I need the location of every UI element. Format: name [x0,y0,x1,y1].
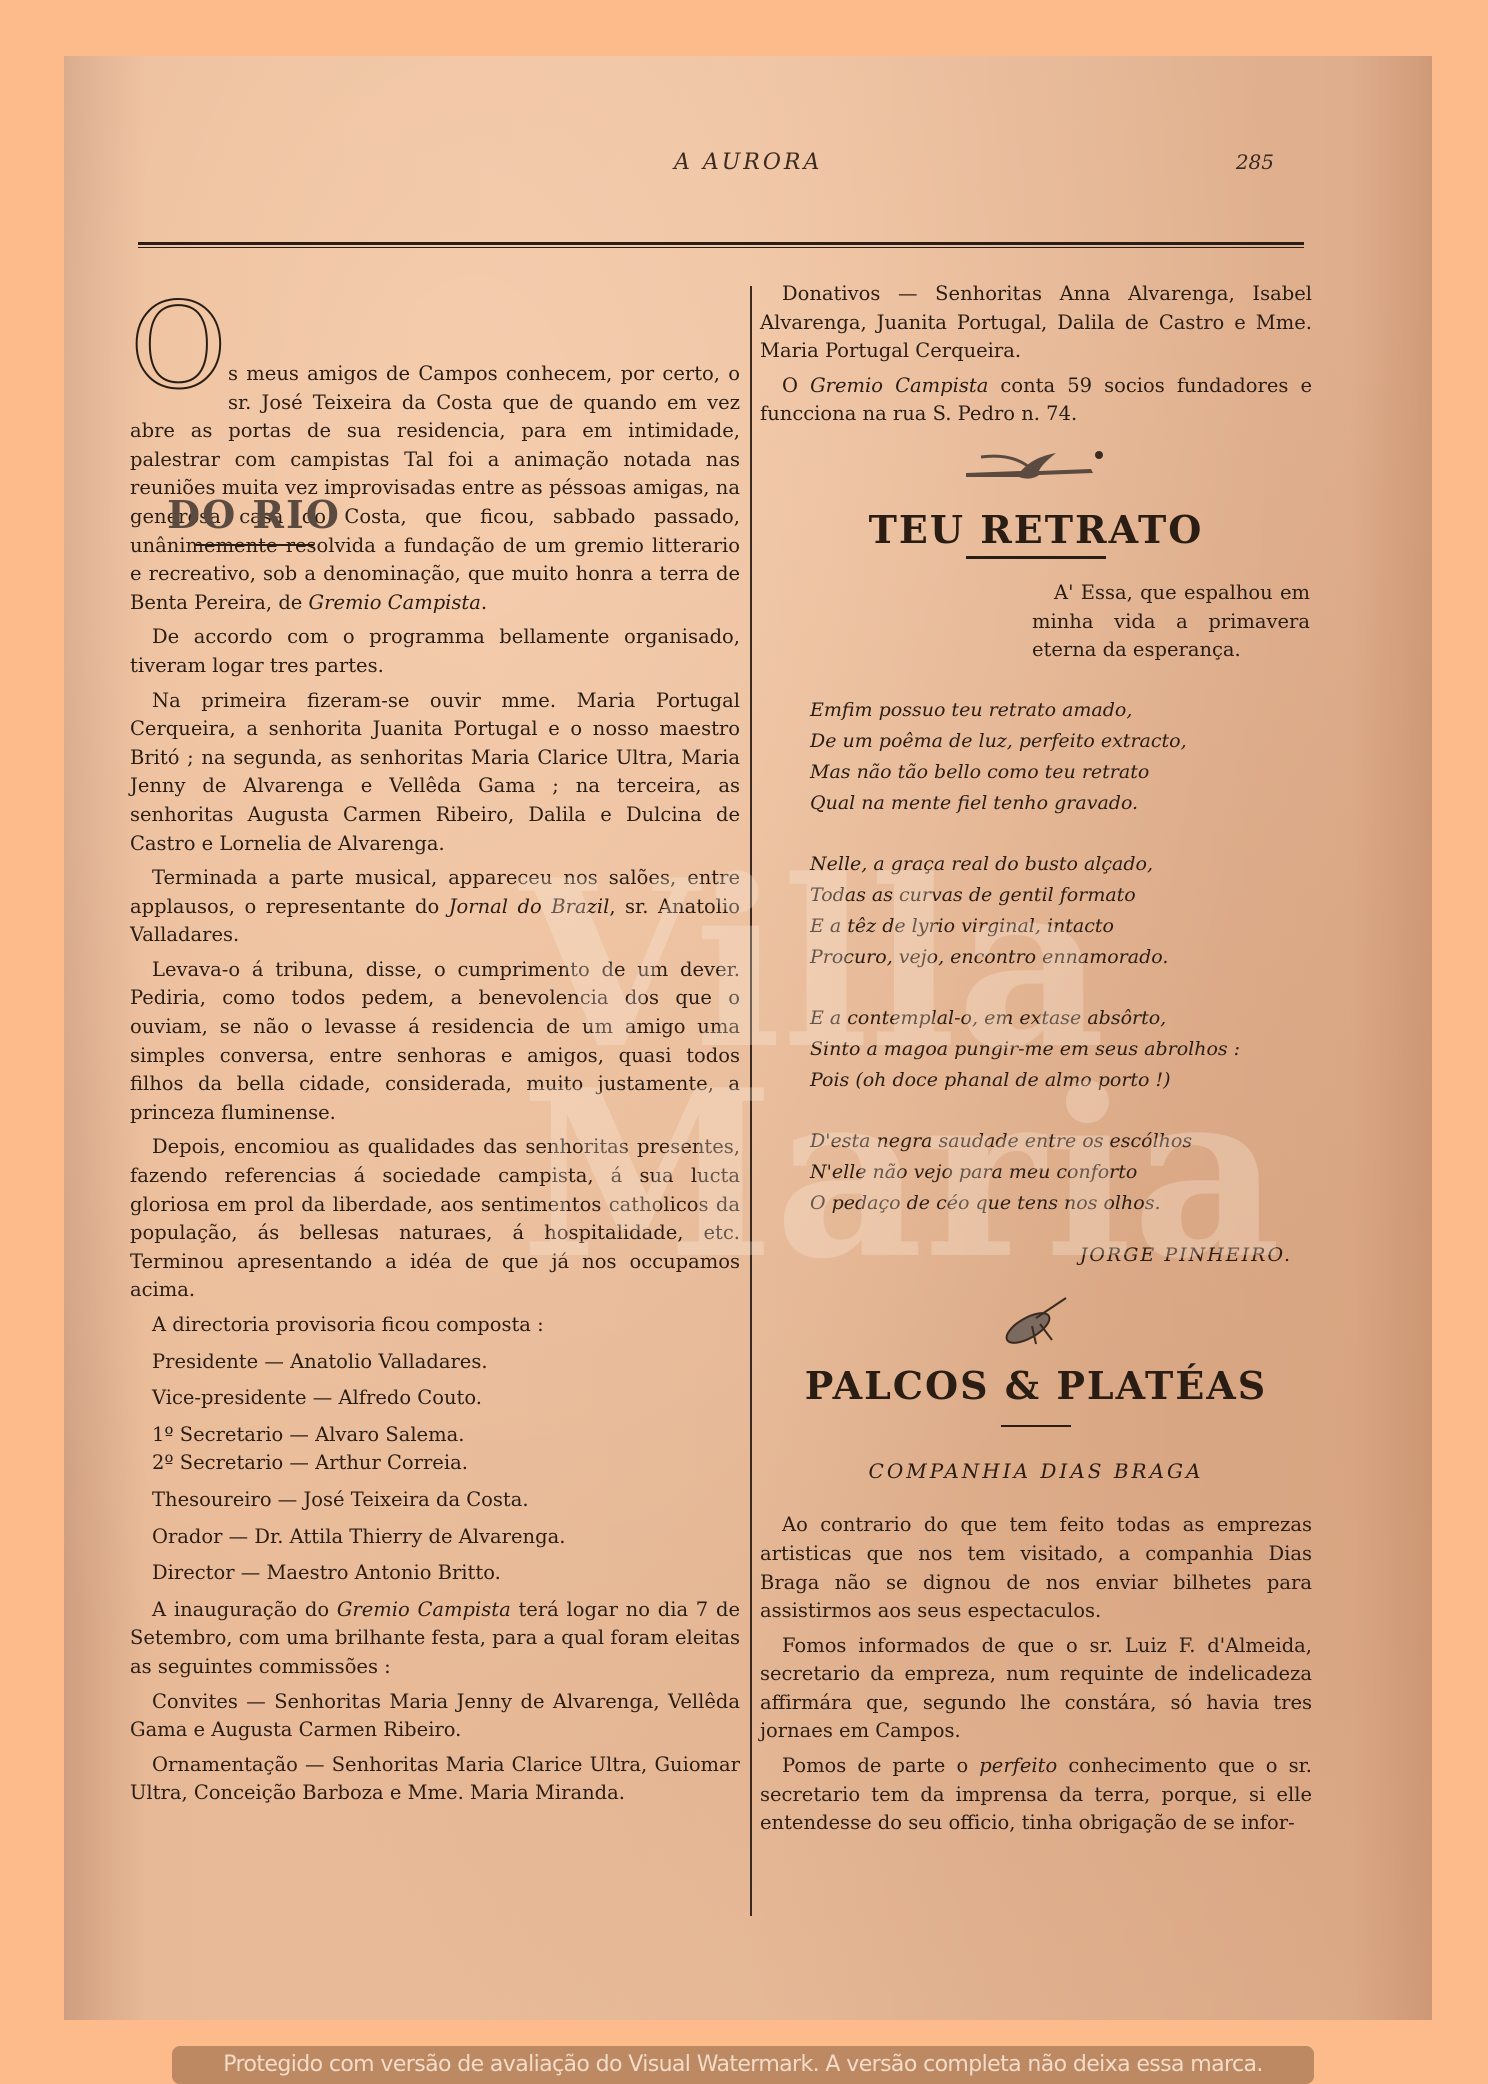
paragraph: Depois, encomiou as qualidades das senho… [130,1133,740,1305]
column-divider [750,286,752,1916]
paragraph: Pomos de parte o perfeito conhecimento q… [760,1752,1312,1838]
officers-list: A directoria provisoria ficou composta :… [130,1311,740,1588]
page-number: 285 [1236,150,1274,174]
officer-item: Vice-presidente — Alfredo Couto. [130,1384,740,1413]
paragraph: Donativos — Senhoritas Anna Alvarenga, I… [760,280,1312,366]
paragraph: Fomos informados de que o sr. Luiz F. d'… [760,1632,1312,1746]
officer-item: Director — Maestro Antonio Britto. [130,1559,740,1588]
paragraph: Levava-o á tribuna, disse, o cumprimento… [130,956,740,1128]
poem-author: JORGE PINHEIRO. [760,1241,1292,1270]
title-rule [966,556,1106,559]
paragraph: Na primeira fizeram-se ouvir mme. Maria … [130,687,740,859]
title-rule [1001,1425,1071,1427]
officer-item: 2º Secretario — Arthur Correia. [130,1449,740,1478]
paragraph: O Gremio Campista conta 59 socios fundad… [760,372,1312,429]
poem-stanza: D'esta negra saudade entre os escólhos N… [810,1126,1312,1219]
section-title-palcos: PALCOS & PLATÉAS [760,1372,1312,1401]
poem-dedication: A' Essa, que espalhou em minha vida a pr… [1032,579,1310,665]
header-rule [138,242,1304,248]
officer-item: Orador — Dr. Attila Thierry de Alvarenga… [130,1523,740,1552]
poem-stanza: Nelle, a graça real do busto alçado, Tod… [810,849,1312,973]
officer-item: Thesoureiro — José Teixeira da Costa. [130,1486,740,1515]
left-column: O s meus amigos de Campos conhecem, por … [130,290,740,1814]
ornate-dropcap: O [130,290,222,402]
running-head: A AURORA 285 [74,150,1304,180]
paragraph: A inauguração do Gremio Campista terá lo… [130,1596,740,1682]
paragraph: Ao contrario do que tem feito todas as e… [760,1511,1312,1625]
commission-item: Ornamentação — Senhoritas Maria Clarice … [130,1751,740,1808]
section-subtitle: COMPANHIA DIAS BRAGA [760,1457,1312,1486]
right-column: Donativos — Senhoritas Anna Alvarenga, I… [760,280,1312,1844]
commission-item: Convites — Senhoritas Maria Jenny de Alv… [130,1688,740,1745]
watermark-notice: Protegido com versão de avaliação do Vis… [172,2046,1314,2084]
poem-stanza: E a contemplal-o, em extase absôrto, Sin… [810,1003,1312,1096]
paragraph: De accordo com o programma bellamente or… [130,623,740,680]
section-heading-do-rio: DO RIO [130,494,378,546]
poem-stanza: Emfim possuo teu retrato amado, De um po… [810,695,1312,819]
officer-item: Presidente — Anatolio Valladares. [130,1348,740,1377]
poem-title: TEU RETRATO [760,516,1312,545]
insect-ornament-icon [760,1288,1312,1361]
bird-ornament-icon [760,447,1312,496]
officer-item: 1º Secretario — Alvaro Salema. [130,1421,740,1450]
paragraph: Terminada a parte musical, appareceu nos… [130,864,740,950]
publication-title: A AURORA [674,150,822,175]
